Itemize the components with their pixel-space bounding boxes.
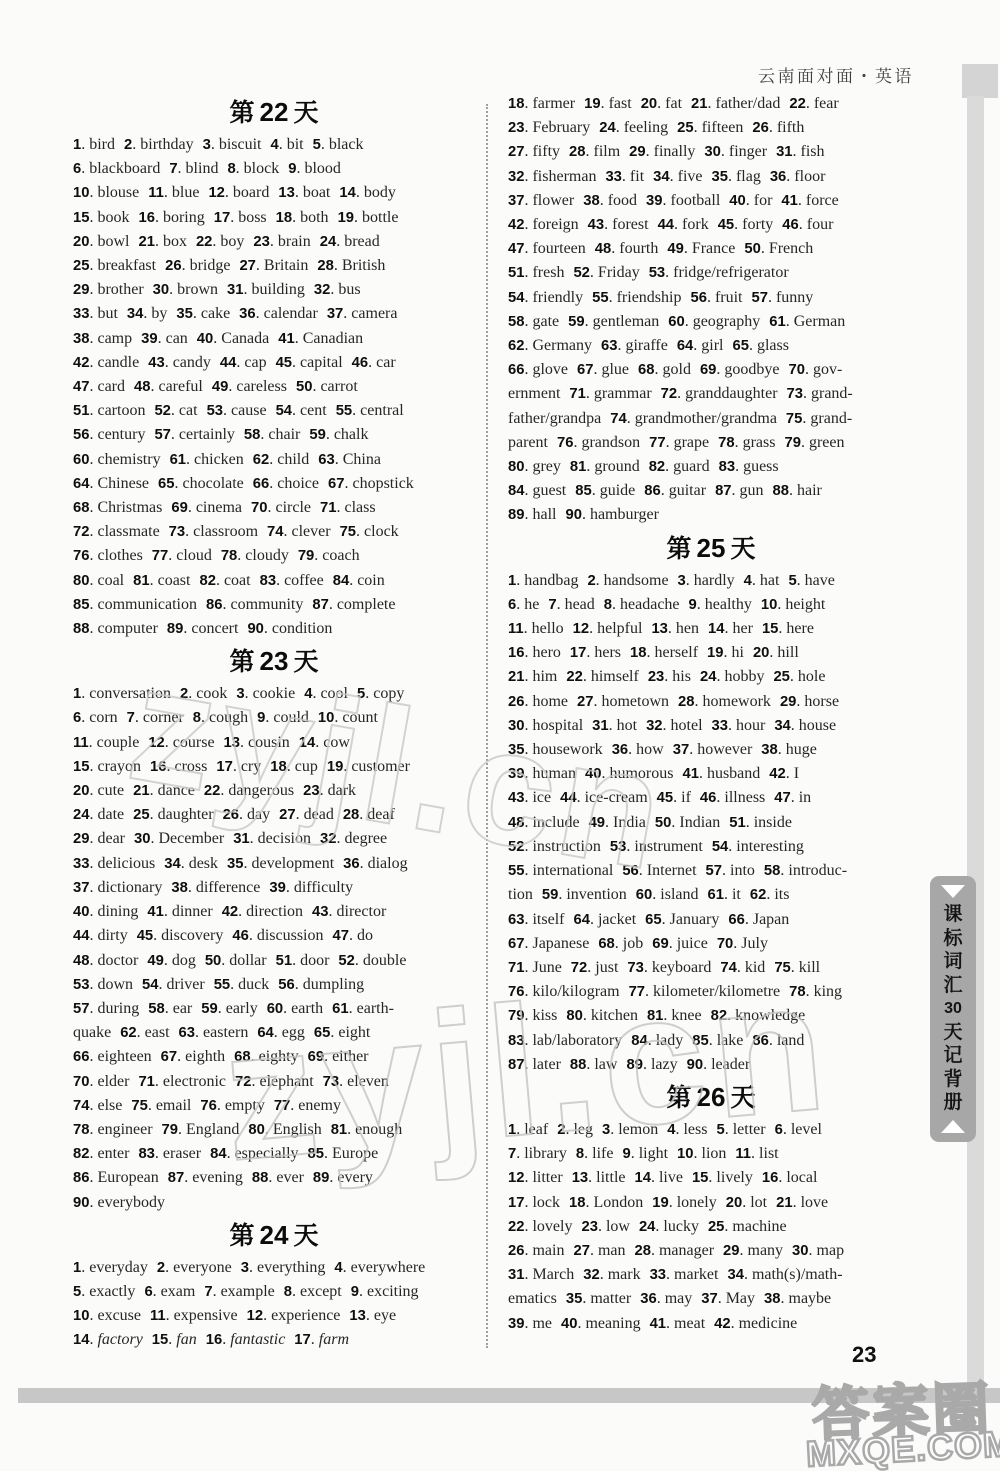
word-entry: 61. earth-: [332, 1000, 394, 1017]
word-text: level: [791, 1121, 822, 1138]
word-number: 17: [294, 1332, 310, 1348]
word-number: 66: [728, 912, 744, 928]
word-number-dot: .: [605, 814, 613, 831]
word-text: height: [785, 596, 825, 613]
word-text: Japan: [753, 911, 789, 928]
word-entry: 76. kilo/kilogram: [508, 983, 620, 1000]
word-entry: 19. hi: [707, 644, 744, 661]
word-text: eye: [374, 1307, 396, 1324]
word-line: 76. kilo/kilogram77. kilometer/kilometre…: [508, 980, 914, 1004]
word-entry: 14. body: [339, 184, 395, 201]
word-entry: father/grandpa: [508, 410, 601, 427]
word-number-dot: .: [791, 789, 799, 806]
word-entry: 13. boat: [278, 184, 330, 201]
word-entry: 37. May: [701, 1290, 755, 1307]
word-number-dot: .: [803, 385, 811, 402]
word-entry: 89. lazy: [626, 1056, 677, 1073]
word-text: coin: [357, 572, 385, 589]
word-number: 42: [73, 355, 89, 371]
word-number-dot: .: [791, 959, 799, 976]
word-text: how: [636, 741, 664, 758]
word-text: dear: [97, 830, 125, 847]
word-number: 28: [317, 258, 333, 274]
word-entry: 74. kid: [720, 959, 765, 976]
word-text: friendship: [617, 289, 682, 306]
word-text: block: [244, 160, 280, 177]
word-number: 22: [566, 669, 582, 685]
word-line: 37. flower38. food39. football40. for41.…: [508, 189, 914, 213]
word-number: 7: [548, 597, 556, 613]
word-text: blind: [186, 160, 219, 177]
word-line: 63. itself64. jacket65. January66. Japan: [508, 908, 914, 932]
word-text: coal: [97, 572, 124, 589]
word-number: 46: [352, 355, 368, 371]
word-number: 81: [331, 1122, 347, 1138]
word-text: corner: [143, 709, 184, 726]
word-entry: 29. many: [723, 1242, 783, 1259]
word-number: 37: [73, 880, 89, 896]
word-number: 7: [169, 161, 177, 177]
word-text: February: [532, 119, 590, 136]
word-number: 29: [723, 1243, 739, 1259]
word-entry: 81. enough: [331, 1121, 403, 1138]
day-title-char: 天: [730, 536, 755, 563]
word-number: 85: [73, 597, 89, 613]
word-number-dot: .: [251, 1048, 259, 1065]
word-entry: 14. factory: [73, 1331, 143, 1348]
word-text: brown: [177, 281, 218, 298]
word-number: 80: [508, 459, 524, 475]
word-number: 14: [708, 621, 724, 637]
word-entry: 42. candle: [73, 354, 139, 371]
word-number: 8: [284, 1284, 292, 1300]
word-entry: 10. blouse: [73, 184, 139, 201]
word-text: birthday: [140, 136, 193, 153]
day-title-char: 第: [230, 649, 255, 676]
word-text: Indian: [679, 814, 720, 831]
word-entry: 87. evening: [168, 1169, 243, 1186]
word-text: June: [532, 959, 561, 976]
word-number: 1: [508, 1122, 516, 1138]
word-entry: 35. development: [227, 855, 334, 872]
word-entry: 72. classmate: [73, 523, 160, 540]
word-entry: 82. guard: [649, 458, 710, 475]
word-entry: 76. empty: [200, 1097, 264, 1114]
word-text: London: [593, 1194, 643, 1211]
word-entry: 30. brown: [153, 281, 218, 298]
word-entry: 18. both: [276, 209, 329, 226]
word-entry: 15. crayon: [73, 758, 141, 775]
word-number-dot: .: [615, 935, 623, 952]
word-entry: 77. grape: [649, 434, 709, 451]
word-number: 88: [570, 1057, 586, 1073]
word-line: 53. down54. driver55. duck56. dumpling: [73, 973, 475, 997]
word-number-dot: .: [668, 620, 676, 637]
word-text: glue: [601, 361, 629, 378]
word-number: 79: [784, 435, 800, 451]
word-entry: 59. gentleman: [568, 313, 659, 330]
word-number: 66: [508, 362, 524, 378]
word-number: 19: [652, 1195, 668, 1211]
word-entry: 14. live: [634, 1169, 682, 1186]
word-number: 1: [73, 137, 81, 153]
word-entry: 29. horse: [780, 693, 839, 710]
word-text: down: [97, 976, 133, 993]
word-number-dot: .: [249, 927, 257, 944]
word-text: funny: [776, 289, 813, 306]
word-entry: 8. headache: [604, 596, 680, 613]
word-number: 48: [73, 953, 89, 969]
day-title-char: 第: [230, 100, 255, 127]
word-number-dot: .: [646, 143, 654, 160]
word-number: 32: [508, 169, 524, 185]
word-text: cause: [231, 402, 267, 419]
word-entry: 3. hardly: [678, 572, 735, 589]
word-number-dot: .: [349, 572, 357, 589]
word-number-dot: .: [366, 1307, 374, 1324]
word-entry: 71. electronic: [138, 1073, 226, 1090]
word-entry: 6. corn: [73, 709, 118, 726]
word-text: hall: [532, 506, 556, 523]
word-number-dot: .: [616, 119, 624, 136]
word-entry: 28. manager: [634, 1242, 714, 1259]
word-number-dot: .: [627, 410, 635, 427]
word-entry: 89. hall: [508, 506, 556, 523]
word-number: 26: [752, 120, 768, 136]
word-number: 16: [150, 759, 166, 775]
word-entry: parent: [508, 434, 548, 451]
word-entry: 1. handbag: [508, 572, 578, 589]
word-entry: 2. everyone: [157, 1259, 232, 1276]
word-number-dot: .: [651, 1169, 659, 1186]
word-entry: 55. central: [336, 402, 404, 419]
word-text: invention: [566, 886, 626, 903]
word-number: 88: [773, 483, 789, 499]
word-text: chalk: [334, 426, 369, 443]
word-entry: 71. class: [320, 499, 376, 516]
word-text: job: [623, 935, 643, 952]
word-number: 11: [735, 1146, 751, 1162]
word-entry: 48. doctor: [73, 952, 138, 969]
word-text: grey: [532, 458, 560, 475]
word-entry: 76. clothes: [73, 547, 143, 564]
word-entry: 51. fresh: [508, 264, 564, 281]
word-text: father/grandpa: [508, 410, 601, 427]
word-entry: 56. dumpling: [278, 976, 364, 993]
word-text: bit: [287, 136, 304, 153]
word-number-dot: .: [227, 1145, 235, 1162]
word-number: 77: [649, 435, 665, 451]
word-number-dot: .: [799, 216, 807, 233]
word-line: 15. crayon16. cross17. cry18. cup19. cus…: [73, 755, 475, 779]
word-entry: 53. cause: [207, 402, 267, 419]
word-entry: 39. can: [141, 330, 188, 347]
word-text: gate: [532, 313, 559, 330]
word-entry: 22. dangerous: [204, 782, 294, 799]
word-number: 25: [73, 258, 89, 274]
word-entry: 2. handsome: [587, 572, 668, 589]
word-number: 24: [700, 669, 716, 685]
word-entry: 61. German: [769, 313, 845, 330]
word-entry: 73. classroom: [169, 523, 258, 540]
word-line: 20. cute21. dance22. dangerous23. dark: [73, 779, 475, 803]
word-number-dot: .: [697, 596, 705, 613]
word-number: 41: [650, 1316, 666, 1332]
word-number: 47: [333, 928, 349, 944]
word-entry: 29. finally: [629, 143, 695, 160]
word-number-dot: .: [249, 1259, 257, 1276]
word-text: chicken: [194, 451, 244, 468]
word-text: hole: [798, 668, 826, 685]
word-entry: 2. leg: [557, 1121, 593, 1138]
word-entry: 19. customer: [327, 758, 410, 775]
word-entry: 7. corner: [127, 709, 184, 726]
word-entry: 77. enemy: [274, 1097, 341, 1114]
word-number: 67: [328, 476, 344, 492]
word-entry: 72. elephant: [235, 1073, 314, 1090]
word-line: 39. me40. meaning41. meat42. medicine: [508, 1312, 914, 1336]
word-number: 45: [718, 217, 734, 233]
word-entry: 40. humorous: [585, 765, 673, 782]
word-number-dot: .: [225, 184, 233, 201]
word-entry: 9. could: [257, 709, 309, 726]
word-entry: 54. cent: [276, 402, 327, 419]
word-entry: 50. Indian: [655, 814, 720, 831]
word-number: 58: [764, 863, 780, 879]
word-line: 37. dictionary38. difference39. difficul…: [73, 876, 475, 900]
word-number: 90: [687, 1057, 703, 1073]
word-number: 72: [73, 524, 89, 540]
word-text: horse: [804, 693, 839, 710]
word-entry: 23. dark: [303, 782, 356, 799]
word-line: 35. housework36. how37. however38. huge: [508, 738, 914, 762]
word-entry: 70. circle: [251, 499, 311, 516]
word-text: leaf: [524, 1121, 548, 1138]
word-number: 23: [581, 1219, 597, 1235]
word-entry: 69. goodbye: [700, 361, 780, 378]
word-entry: 53. fridge/refrigerator: [649, 264, 789, 281]
word-text: door: [300, 952, 329, 969]
word-number: 3: [678, 573, 686, 589]
word-text: huge: [786, 741, 817, 758]
word-number: 11: [508, 621, 524, 637]
word-number-dot: .: [359, 1283, 367, 1300]
word-text: foreign: [532, 216, 578, 233]
word-entry: 8. except: [284, 1283, 342, 1300]
word-entry: 88. computer: [73, 620, 158, 637]
word-number-dot: .: [150, 572, 158, 589]
word-text: mark: [608, 1266, 641, 1283]
word-number: 1: [73, 686, 81, 702]
word-text: chemistry: [97, 451, 160, 468]
word-number: 58: [148, 1001, 164, 1017]
word-number-dot: .: [182, 257, 190, 274]
word-number: 50: [205, 953, 221, 969]
word-entry: 31. building: [227, 281, 305, 298]
word-number: 85: [308, 1146, 324, 1162]
word-entry: 72. granddaughter: [661, 385, 778, 402]
word-text: lake: [717, 1032, 744, 1049]
word-entry: 86. European: [73, 1169, 159, 1186]
word-number: 62: [750, 887, 766, 903]
word-number: 24: [599, 120, 615, 136]
word-text: parent: [508, 434, 548, 451]
word-entry: 83. lab/laboratory: [508, 1032, 622, 1049]
word-text: cousin: [248, 734, 290, 751]
word-number: 41: [781, 193, 797, 209]
word-entry: 17. hers: [570, 644, 621, 661]
word-text: law: [594, 1056, 617, 1073]
word-number-dot: .: [793, 143, 801, 160]
word-number-dot: .: [177, 1048, 185, 1065]
word-entry: 63. China: [318, 451, 381, 468]
word-number: 71: [508, 960, 524, 976]
word-text: car: [376, 354, 396, 371]
word-number-dot: .: [292, 402, 300, 419]
word-text: breakfast: [97, 257, 156, 274]
word-number: 29: [629, 144, 645, 160]
word-entry: 41. husband: [682, 765, 760, 782]
word-entry: 49. India: [589, 814, 646, 831]
word-line: 33. but34. by35. cake36. calendar37. cam…: [73, 302, 475, 326]
word-text: eastern: [203, 1024, 248, 1041]
word-number: 32: [646, 718, 662, 734]
word-number: 65: [158, 476, 174, 492]
word-number-dot: .: [153, 1283, 161, 1300]
word-entry: 58. introduc-: [764, 862, 847, 879]
word-number-dot: .: [601, 95, 609, 112]
word-number-dot: .: [666, 434, 674, 451]
word-number-dot: .: [148, 1097, 156, 1114]
word-text: have: [805, 572, 835, 589]
word-number-dot: .: [786, 313, 794, 330]
word-text: math(s)/math-: [752, 1266, 843, 1283]
word-text: I: [794, 765, 799, 782]
word-number: 48: [508, 815, 524, 831]
word-entry: 49. dog: [147, 952, 195, 969]
word-number-dot: .: [213, 1283, 221, 1300]
word-number-dot: .: [292, 1283, 300, 1300]
word-number: 35: [508, 742, 524, 758]
word-entry: 65. chocolate: [158, 475, 244, 492]
word-number: 75: [774, 960, 790, 976]
word-number-dot: .: [801, 434, 809, 451]
word-text: card: [97, 378, 125, 395]
word-text: enter: [97, 1145, 129, 1162]
word-text: clock: [364, 523, 399, 540]
word-entry: 15. here: [762, 620, 814, 637]
word-entry: 39. football: [646, 192, 720, 209]
word-number: 64: [573, 912, 589, 928]
word-number-dot: .: [165, 354, 173, 371]
word-entry: 22. lovely: [508, 1218, 572, 1235]
word-text: human: [532, 765, 576, 782]
word-line: 85. communication86. community87. comple…: [73, 593, 475, 617]
word-number: 44: [73, 928, 89, 944]
word-text: coast: [158, 572, 191, 589]
word-entry: 63. eastern: [179, 1024, 249, 1041]
word-number: 71: [320, 500, 336, 516]
word-text: grandson: [581, 434, 640, 451]
word-entry: 30. map: [792, 1242, 844, 1259]
word-number: 74: [73, 1098, 89, 1114]
word-text: hair: [797, 482, 822, 499]
word-text: book: [97, 209, 129, 226]
word-number: 27: [508, 144, 524, 160]
word-text: guitar: [669, 482, 706, 499]
word-number-dot: .: [150, 806, 158, 823]
word-number: 84: [210, 1146, 226, 1162]
word-entry: 84. guest: [508, 482, 566, 499]
word-text: early: [226, 1000, 258, 1017]
word-number: 15: [152, 1332, 168, 1348]
word-entry: 67. Japanese: [508, 935, 589, 952]
word-number: 50: [744, 241, 760, 257]
word-entry: 78. grass: [718, 434, 775, 451]
word-entry: 38. huge: [761, 741, 817, 758]
word-text: double: [363, 952, 407, 969]
word-number: 82: [199, 573, 215, 589]
word-number-dot: .: [240, 734, 248, 751]
word-text: lazy: [651, 1056, 678, 1073]
word-text: March: [532, 1266, 574, 1283]
word-entry: 80. English: [248, 1121, 321, 1138]
word-entry: 20. bowl: [73, 233, 129, 250]
word-number: 20: [753, 645, 769, 661]
word-entry: 11. couple: [73, 734, 139, 751]
word-text: in: [799, 789, 811, 806]
word-number: 39: [508, 766, 524, 782]
word-entry: 7. head: [548, 596, 594, 613]
word-text: bowl: [97, 233, 129, 250]
word-line: 17. lock18. London19. lonely20. lot21. l…: [508, 1191, 914, 1215]
word-entry: 14. cow: [299, 734, 350, 751]
word-number: 11: [148, 185, 164, 201]
word-entry: 75. kill: [774, 959, 820, 976]
word-number: 56: [73, 427, 89, 443]
word-text: maybe: [789, 1290, 832, 1307]
word-text: hero: [532, 644, 560, 661]
word-text: her: [733, 620, 753, 637]
word-number: 21: [133, 783, 149, 799]
word-text: father/dad: [716, 95, 781, 112]
word-text: class: [345, 499, 376, 516]
word-entry: 36. calendar: [239, 305, 318, 322]
word-entry: 46. car: [352, 354, 396, 371]
word-text: land: [777, 1032, 805, 1049]
word-entry: 90. leader: [687, 1056, 751, 1073]
word-line: 47. card48. careful49. careless50. carro…: [73, 375, 475, 399]
word-entry: 66. choice: [253, 475, 319, 492]
word-text: elephant: [259, 1073, 313, 1090]
word-number: 33: [605, 169, 621, 185]
word-entry: 70. July: [717, 935, 768, 952]
word-text: chopstick: [352, 475, 413, 492]
word-number: 66: [253, 476, 269, 492]
word-text: library: [524, 1145, 567, 1162]
word-number: 24: [73, 807, 89, 823]
word-text: boat: [303, 184, 331, 201]
word-entry: 49. France: [667, 240, 735, 257]
word-entry: 69. cinema: [171, 499, 242, 516]
word-number: 60: [636, 887, 652, 903]
word-number: 68: [598, 936, 614, 952]
word-entry: 23. brain: [253, 233, 310, 250]
word-entry: 24. lucky: [639, 1218, 699, 1235]
word-entry: 51. inside: [729, 814, 792, 831]
word-text: clothes: [97, 547, 142, 564]
word-number-dot: .: [158, 330, 166, 347]
